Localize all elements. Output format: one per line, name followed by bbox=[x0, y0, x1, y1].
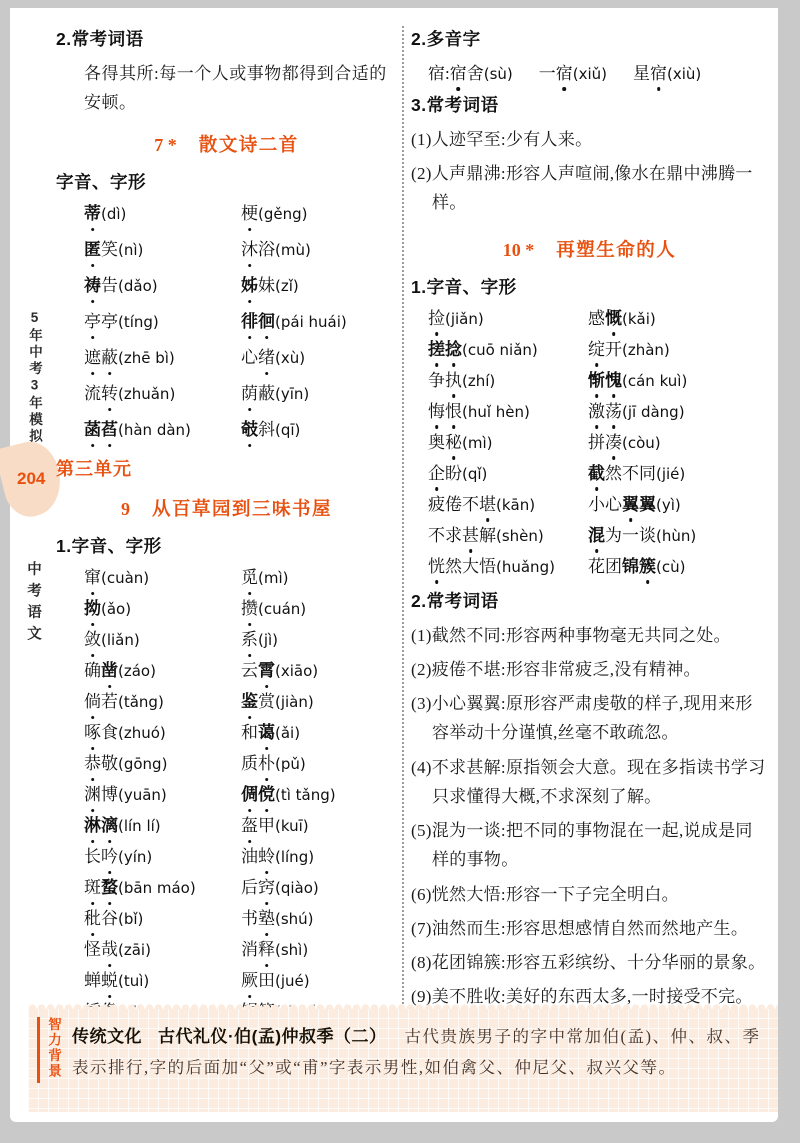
pinyin: (jì) bbox=[258, 631, 278, 649]
word-entry: 梗(gěng) bbox=[241, 202, 397, 225]
character: 傥 bbox=[258, 783, 275, 806]
right-column: 2.多音字 宿: 宿舍(sù)一宿(xiǔ)星宿(xiù) 3.常考词语 (1)… bbox=[411, 20, 768, 1064]
word-entry: 后窍(qiào) bbox=[241, 876, 397, 899]
word-entry: 疲倦不堪(kān) bbox=[428, 493, 588, 516]
footer-tab: 智力背景 bbox=[37, 1017, 63, 1083]
lesson-number: 10 * bbox=[503, 240, 535, 260]
character: 释 bbox=[258, 938, 275, 961]
pinyin: (kǎi) bbox=[622, 310, 656, 328]
pinyin-word-list: 窜(cuàn)觅(mì)拗(ǎo)攒(cuán)敛(liǎn)系(jì)确凿(z… bbox=[84, 566, 397, 1054]
character: 食 bbox=[101, 721, 118, 744]
character: 花 bbox=[588, 555, 605, 578]
definition-paragraph: (8)花团锦簇:形容五彩缤纷、十分华丽的景象。 bbox=[411, 948, 768, 977]
character: 啄 bbox=[84, 721, 101, 744]
lesson-9-heading: 9从百草园到三味书屋 bbox=[56, 495, 397, 521]
pinyin: (shèn) bbox=[496, 527, 544, 545]
word-entry: 书塾(shú) bbox=[241, 907, 397, 930]
footer-tab-label: 智力背景 bbox=[43, 1017, 63, 1079]
character: 绪 bbox=[258, 346, 275, 369]
lesson-10-heading: 10 *再塑生命的人 bbox=[411, 236, 768, 262]
pinyin: (liǎn) bbox=[101, 631, 140, 649]
definition-list: (1)人迹罕至:少有人来。(2)人声鼎沸:形容人声喧闹,像水在鼎中沸腾一样。 bbox=[411, 125, 768, 218]
pinyin: (hàn dàn) bbox=[118, 421, 191, 439]
character: 流 bbox=[84, 382, 101, 405]
character: 然 bbox=[605, 462, 622, 485]
character: 簇 bbox=[639, 555, 656, 578]
word-entry: 蝉蜕(tuì) bbox=[84, 969, 241, 992]
pinyin: (jī dàng) bbox=[622, 403, 685, 421]
character: 沐 bbox=[241, 238, 258, 261]
character: 拗 bbox=[84, 597, 101, 620]
word-entry: 觅(mì) bbox=[241, 566, 397, 589]
character: 宿 bbox=[650, 62, 667, 85]
pinyin: (tíng) bbox=[118, 313, 159, 331]
character: 匿 bbox=[84, 238, 101, 261]
pinyin: (jié) bbox=[656, 465, 685, 483]
character: 确 bbox=[84, 659, 101, 682]
pinyin: (xiù) bbox=[667, 65, 701, 83]
pinyin: (qī) bbox=[275, 421, 300, 439]
lesson-title: 散文诗二首 bbox=[199, 134, 299, 155]
character: 盼 bbox=[445, 462, 462, 485]
pinyin: (yín) bbox=[118, 848, 152, 866]
pinyin: (tǎng) bbox=[118, 693, 164, 711]
word-entry: 厥田(jué) bbox=[241, 969, 397, 992]
book-page: 5年中考3年模拟 204 中考语文 2.常考词语 各得其所:每一个人或事物都得到… bbox=[10, 8, 778, 1122]
word-entry: 一宿(xiǔ) bbox=[539, 66, 607, 83]
pinyin: (gōng) bbox=[118, 755, 167, 773]
character: 系 bbox=[241, 628, 258, 651]
character: 梗 bbox=[241, 202, 258, 225]
character: 企 bbox=[428, 462, 445, 485]
pinyin: (zǐ) bbox=[275, 277, 299, 295]
word-entry: 宿舍(sù) bbox=[450, 66, 513, 83]
section-label: 2.多音字 bbox=[411, 26, 768, 51]
character: 荡 bbox=[605, 400, 622, 423]
word-entry: 云霄(xiāo) bbox=[241, 659, 397, 682]
character: 漓 bbox=[101, 814, 118, 837]
character: 翼 bbox=[622, 493, 639, 516]
word-entry: 沐浴(mù) bbox=[241, 238, 397, 261]
character: 和 bbox=[241, 721, 258, 744]
pinyin: (záo) bbox=[118, 662, 156, 680]
character: 怪 bbox=[84, 938, 101, 961]
pinyin: (kān) bbox=[496, 496, 535, 514]
character: 悔 bbox=[428, 400, 445, 423]
character: 凑 bbox=[605, 431, 622, 454]
pinyin: (qiào) bbox=[275, 879, 319, 897]
character: 若 bbox=[101, 690, 118, 713]
word-entry: 搓捻(cuō niǎn) bbox=[428, 338, 588, 361]
page-edge-sidebar: 5年中考3年模拟 204 中考语文 bbox=[10, 8, 56, 1122]
character: 求 bbox=[445, 524, 462, 547]
character: 为 bbox=[605, 524, 622, 547]
word-entry: 恭敬(gōng) bbox=[84, 752, 241, 775]
definition-paragraph: (2)人声鼎沸:形容人声喧闹,像水在鼎中沸腾一样。 bbox=[411, 159, 768, 217]
lesson-title: 从百草园到三味书屋 bbox=[152, 498, 332, 519]
character: 哉 bbox=[101, 938, 118, 961]
character: 执 bbox=[445, 369, 462, 392]
pinyin: (gěng) bbox=[258, 205, 307, 223]
character: 堪 bbox=[479, 493, 496, 516]
pinyin: (mì) bbox=[462, 434, 492, 452]
word-entry: 惭愧(cán kuì) bbox=[588, 369, 768, 392]
section-label: 1.字音、字形 bbox=[56, 533, 397, 558]
pinyin: (zhí) bbox=[462, 372, 495, 390]
character: 蜕 bbox=[101, 969, 118, 992]
definition-paragraph: (2)疲倦不堪:形容非常疲乏,没有精神。 bbox=[411, 655, 768, 684]
character: 斜 bbox=[258, 418, 275, 441]
word-entry: 感慨(kǎi) bbox=[588, 307, 768, 330]
pinyin: (zhuǎn) bbox=[118, 385, 175, 403]
word-entry: 淋漓(lín lí) bbox=[84, 814, 241, 837]
character: 书 bbox=[241, 907, 258, 930]
character: 告 bbox=[101, 274, 118, 297]
pinyin: (huǐ hèn) bbox=[462, 403, 530, 421]
definition-paragraph: (1)截然不同:形容两种事物毫无共同之处。 bbox=[411, 621, 768, 650]
character: 奥 bbox=[428, 431, 445, 454]
pinyin: (bān máo) bbox=[118, 879, 196, 897]
character: 亭 bbox=[84, 310, 101, 333]
word-entry: 和蔼(ǎi) bbox=[241, 721, 397, 744]
character: 恍 bbox=[428, 555, 445, 578]
character: 悟 bbox=[479, 555, 496, 578]
character: 恨 bbox=[445, 400, 462, 423]
lesson-number: 9 bbox=[121, 499, 130, 519]
pinyin: (tì tǎng) bbox=[275, 786, 336, 804]
character: 甚 bbox=[462, 524, 479, 547]
word-entry: 敛(liǎn) bbox=[84, 628, 241, 651]
character: 蛉 bbox=[258, 845, 275, 868]
character: 慨 bbox=[605, 307, 622, 330]
polyphone-line: 宿: 宿舍(sù)一宿(xiǔ)星宿(xiù) bbox=[428, 59, 768, 86]
pinyin: (dǎo) bbox=[118, 277, 158, 295]
character: 恭 bbox=[84, 752, 101, 775]
character: 质 bbox=[241, 752, 258, 775]
character: 倦 bbox=[445, 493, 462, 516]
character: 星 bbox=[633, 62, 650, 85]
word-entry: 亭亭(tíng) bbox=[84, 310, 241, 333]
definition-paragraph: (5)混为一谈:把不同的事物混在一起,说成是同样的事物。 bbox=[411, 816, 768, 874]
word-entry: 鉴赏(jiàn) bbox=[241, 690, 397, 713]
lesson-title: 再塑生命的人 bbox=[556, 239, 676, 260]
word-entry: 质朴(pǔ) bbox=[241, 752, 397, 775]
definition-paragraph: 各得其所:每一个人或事物都得到合适的安顿。 bbox=[84, 59, 397, 117]
word-entry: 渊博(yuān) bbox=[84, 783, 241, 806]
word-entry: 盔甲(kuī) bbox=[241, 814, 397, 837]
section-label: 字音、字形 bbox=[56, 169, 397, 194]
character: 亭 bbox=[101, 310, 118, 333]
character: 翼 bbox=[639, 493, 656, 516]
character: 秘 bbox=[445, 431, 462, 454]
character: 菡 bbox=[84, 418, 101, 441]
pinyin: (líng) bbox=[275, 848, 314, 866]
word-entry: 心绪(xù) bbox=[241, 346, 397, 369]
pinyin: (zhàn) bbox=[622, 341, 670, 359]
character: 蝥 bbox=[101, 876, 118, 899]
word-entry: 蒂(dì) bbox=[84, 202, 241, 225]
word-entry: 拼凑(còu) bbox=[588, 431, 768, 454]
character: 不 bbox=[428, 524, 445, 547]
character: 一 bbox=[539, 62, 556, 85]
section-label: 3.常考词语 bbox=[411, 92, 768, 117]
character: 攒 bbox=[241, 597, 258, 620]
word-entry: 不求甚解(shèn) bbox=[428, 524, 588, 547]
character: 姊 bbox=[241, 274, 258, 297]
pinyin: (shì) bbox=[275, 941, 308, 959]
pinyin: (kuī) bbox=[275, 817, 309, 835]
pinyin: (sù) bbox=[484, 65, 513, 83]
word-entry: 斑蝥(bān máo) bbox=[84, 876, 241, 899]
character: 不 bbox=[462, 493, 479, 516]
character: 油 bbox=[241, 845, 258, 868]
character: 一 bbox=[622, 524, 639, 547]
character: 凿 bbox=[101, 659, 118, 682]
character: 长 bbox=[84, 845, 101, 868]
pinyin: (zhē bì) bbox=[118, 349, 175, 367]
pinyin-word-list: 蒂(dì)梗(gěng)匿笑(nì)沐浴(mù)祷告(dǎo)姊妹(zǐ)亭亭(… bbox=[84, 202, 397, 441]
character: 笑 bbox=[101, 238, 118, 261]
word-entry: 激荡(jī dàng) bbox=[588, 400, 768, 423]
two-column-content: 2.常考词语 各得其所:每一个人或事物都得到合适的安顿。 7 *散文诗二首 字音… bbox=[56, 20, 768, 1064]
word-entry: 徘徊(pái huái) bbox=[241, 310, 397, 333]
character: 攲 bbox=[241, 418, 258, 441]
character: 窍 bbox=[258, 876, 275, 899]
pinyin: (lín lí) bbox=[118, 817, 161, 835]
character: 渊 bbox=[84, 783, 101, 806]
character: 心 bbox=[605, 493, 622, 516]
pinyin: (ǎo) bbox=[101, 600, 131, 618]
pinyin: (dì) bbox=[101, 205, 126, 223]
word-entry: 绽开(zhàn) bbox=[588, 338, 768, 361]
character: 觅 bbox=[241, 566, 258, 589]
word-entry: 倘若(tǎng) bbox=[84, 690, 241, 713]
character: 大 bbox=[462, 555, 479, 578]
definition-paragraph: (7)油然而生:形容思想感情自然而然地产生。 bbox=[411, 914, 768, 943]
character: 宿 bbox=[450, 62, 467, 85]
word-entry: 星宿(xiù) bbox=[633, 66, 701, 83]
word-entry: 确凿(záo) bbox=[84, 659, 241, 682]
subject-title-vertical: 中考语文 bbox=[23, 561, 44, 647]
pinyin: (qǐ) bbox=[462, 465, 487, 483]
word-entry: 姊妹(zǐ) bbox=[241, 274, 397, 297]
character: 倜 bbox=[241, 783, 258, 806]
character: 愧 bbox=[605, 369, 622, 392]
word-entry: 争执(zhí) bbox=[428, 369, 588, 392]
definition-paragraph: (1)人迹罕至:少有人来。 bbox=[411, 125, 768, 154]
character: 徘 bbox=[241, 310, 258, 333]
character: 锦 bbox=[622, 555, 639, 578]
character: 萏 bbox=[101, 418, 118, 441]
pinyin: (bǐ) bbox=[118, 910, 143, 928]
word-entry: 荫蔽(yīn) bbox=[241, 382, 397, 405]
pinyin: (cán kuì) bbox=[622, 372, 687, 390]
character: 然 bbox=[445, 555, 462, 578]
definition-paragraph: (4)不求甚解:原指领会大意。现在多指读书学习只求懂得大概,不求深刻了解。 bbox=[411, 753, 768, 811]
word-entry: 窜(cuàn) bbox=[84, 566, 241, 589]
footer-title: 传统文化 bbox=[72, 1027, 142, 1046]
word-entry: 油蛉(líng) bbox=[241, 845, 397, 868]
pinyin: (zāi) bbox=[118, 941, 151, 959]
character: 舍 bbox=[467, 62, 484, 85]
character: 蔼 bbox=[258, 721, 275, 744]
character: 蔽 bbox=[101, 346, 118, 369]
column-divider bbox=[402, 26, 404, 1016]
footer-subtitle: 古代礼仪·伯(孟)仲叔季（二） bbox=[158, 1027, 386, 1046]
character: 搓 bbox=[428, 338, 445, 361]
lesson-number: 7 * bbox=[154, 135, 177, 155]
character: 捻 bbox=[445, 338, 462, 361]
character: 消 bbox=[241, 938, 258, 961]
pinyin: (hùn) bbox=[656, 527, 696, 545]
pinyin: (yuān) bbox=[118, 786, 167, 804]
character: 团 bbox=[605, 555, 622, 578]
pinyin: (cuō niǎn) bbox=[462, 341, 538, 359]
section-label: 2.常考词语 bbox=[411, 588, 768, 613]
word-entry: 长吟(yín) bbox=[84, 845, 241, 868]
pinyin: (còu) bbox=[622, 434, 661, 452]
character: 小 bbox=[588, 493, 605, 516]
character: 混 bbox=[588, 524, 605, 547]
character: 疲 bbox=[428, 493, 445, 516]
character: 转 bbox=[101, 382, 118, 405]
character: 谈 bbox=[639, 524, 656, 547]
word-entry: 流转(zhuǎn) bbox=[84, 382, 241, 405]
pinyin: (mù) bbox=[275, 241, 311, 259]
definition-paragraph: (6)恍然大悟:形容一下子完全明白。 bbox=[411, 880, 768, 909]
character: 同 bbox=[639, 462, 656, 485]
series-title-vertical: 5年中考3年模拟 bbox=[24, 310, 44, 445]
character: 后 bbox=[241, 876, 258, 899]
definition-list: (1)截然不同:形容两种事物毫无共同之处。(2)疲倦不堪:形容非常疲乏,没有精神… bbox=[411, 621, 768, 1012]
word-entry: 系(jì) bbox=[241, 628, 397, 651]
character: 秕 bbox=[84, 907, 101, 930]
word-entry: 攒(cuán) bbox=[241, 597, 397, 620]
character: 霄 bbox=[258, 659, 275, 682]
pinyin: (cuàn) bbox=[101, 569, 149, 587]
character: 蝉 bbox=[84, 969, 101, 992]
character: 田 bbox=[258, 969, 275, 992]
polyphone-items: 宿舍(sù)一宿(xiǔ)星宿(xiù) bbox=[450, 62, 702, 86]
word-entry: 小心翼翼(yì) bbox=[588, 493, 768, 516]
left-column: 2.常考词语 各得其所:每一个人或事物都得到合适的安顿。 7 *散文诗二首 字音… bbox=[56, 20, 397, 1064]
pinyin: (pǔ) bbox=[275, 755, 306, 773]
character: 蔽 bbox=[258, 382, 275, 405]
character: 争 bbox=[428, 369, 445, 392]
word-entry: 悔恨(huǐ hèn) bbox=[428, 400, 588, 423]
character: 解 bbox=[479, 524, 496, 547]
character: 惭 bbox=[588, 369, 605, 392]
pinyin: (jiàn) bbox=[275, 693, 314, 711]
character: 云 bbox=[241, 659, 258, 682]
pinyin: (mì) bbox=[258, 569, 288, 587]
character: 蒂 bbox=[84, 202, 101, 225]
character: 激 bbox=[588, 400, 605, 423]
character: 淋 bbox=[84, 814, 101, 837]
word-entry: 攲斜(qī) bbox=[241, 418, 397, 441]
pinyin: (cù) bbox=[656, 558, 685, 576]
character: 心 bbox=[241, 346, 258, 369]
section-label: 2.常考词语 bbox=[56, 26, 397, 51]
character: 倘 bbox=[84, 690, 101, 713]
character: 谷 bbox=[101, 907, 118, 930]
word-entry: 倜傥(tì tǎng) bbox=[241, 783, 397, 806]
character: 不 bbox=[622, 462, 639, 485]
pinyin: (shú) bbox=[275, 910, 314, 928]
lesson-7-heading: 7 *散文诗二首 bbox=[56, 131, 397, 157]
pinyin: (yì) bbox=[656, 496, 681, 514]
word-entry: 消释(shì) bbox=[241, 938, 397, 961]
character: 浴 bbox=[258, 238, 275, 261]
character: 敛 bbox=[84, 628, 101, 651]
pinyin: (cuán) bbox=[258, 600, 306, 618]
word-entry: 截然不同(jié) bbox=[588, 462, 768, 485]
pinyin: (xù) bbox=[275, 349, 305, 367]
character: 绽 bbox=[588, 338, 605, 361]
character: 宿 bbox=[556, 62, 573, 85]
character: 捡 bbox=[428, 307, 445, 330]
character: 博 bbox=[101, 783, 118, 806]
page-number: 204 bbox=[17, 469, 45, 489]
pinyin: (huǎng) bbox=[496, 558, 555, 576]
footer-text: 传统文化古代礼仪·伯(孟)仲叔季（二）古代贵族男子的字中常加伯(孟)、仲、叔、季… bbox=[72, 1021, 762, 1083]
character: 吟 bbox=[101, 845, 118, 868]
character: 祷 bbox=[84, 274, 101, 297]
pinyin: (ǎi) bbox=[275, 724, 300, 742]
pinyin: (xiǔ) bbox=[573, 65, 607, 83]
pinyin: (jué) bbox=[275, 972, 310, 990]
character: 荫 bbox=[241, 382, 258, 405]
word-entry: 秕谷(bǐ) bbox=[84, 907, 241, 930]
knowledge-background-box: 智力背景 传统文化古代礼仪·伯(孟)仲叔季（二）古代贵族男子的字中常加伯(孟)、… bbox=[28, 1008, 778, 1112]
word-entry: 祷告(dǎo) bbox=[84, 274, 241, 297]
character: 妹 bbox=[258, 274, 275, 297]
definition-paragraph: (3)小心翼翼:原形容严肃虔敬的样子,现用来形容举动十分谨慎,丝毫不敢疏忽。 bbox=[411, 689, 768, 747]
character: 感 bbox=[588, 307, 605, 330]
character: 拼 bbox=[588, 431, 605, 454]
word-entry: 怪哉(zāi) bbox=[84, 938, 241, 961]
word-entry: 花团锦簇(cù) bbox=[588, 555, 768, 578]
word-entry: 啄食(zhuó) bbox=[84, 721, 241, 744]
word-entry: 拗(ǎo) bbox=[84, 597, 241, 620]
word-entry: 混为一谈(hùn) bbox=[588, 524, 768, 547]
word-entry: 恍然大悟(huǎng) bbox=[428, 555, 588, 578]
character: 斑 bbox=[84, 876, 101, 899]
character: 塾 bbox=[258, 907, 275, 930]
word-entry: 奥秘(mì) bbox=[428, 431, 588, 454]
character: 甲 bbox=[258, 814, 275, 837]
character: 盔 bbox=[241, 814, 258, 837]
polyphone-head: 宿: bbox=[428, 59, 450, 84]
pinyin: (nì) bbox=[118, 241, 143, 259]
character: 赏 bbox=[258, 690, 275, 713]
character: 徊 bbox=[258, 310, 275, 333]
unit-3-label: 第三单元 bbox=[56, 455, 397, 481]
word-entry: 企盼(qǐ) bbox=[428, 462, 588, 485]
section-label: 1.字音、字形 bbox=[411, 274, 768, 299]
page: 5年中考3年模拟 204 中考语文 2.常考词语 各得其所:每一个人或事物都得到… bbox=[0, 0, 800, 1143]
pinyin: (yīn) bbox=[275, 385, 309, 403]
character: 截 bbox=[588, 462, 605, 485]
word-entry: 匿笑(nì) bbox=[84, 238, 241, 261]
character: 敬 bbox=[101, 752, 118, 775]
pinyin-word-list: 捡(jiǎn)感慨(kǎi)搓捻(cuō niǎn)绽开(zhàn)争执(zhí… bbox=[428, 307, 768, 578]
character: 朴 bbox=[258, 752, 275, 775]
word-entry: 菡萏(hàn dàn) bbox=[84, 418, 241, 441]
pinyin: (pái huái) bbox=[275, 313, 347, 331]
character: 开 bbox=[605, 338, 622, 361]
pinyin: (xiāo) bbox=[275, 662, 318, 680]
